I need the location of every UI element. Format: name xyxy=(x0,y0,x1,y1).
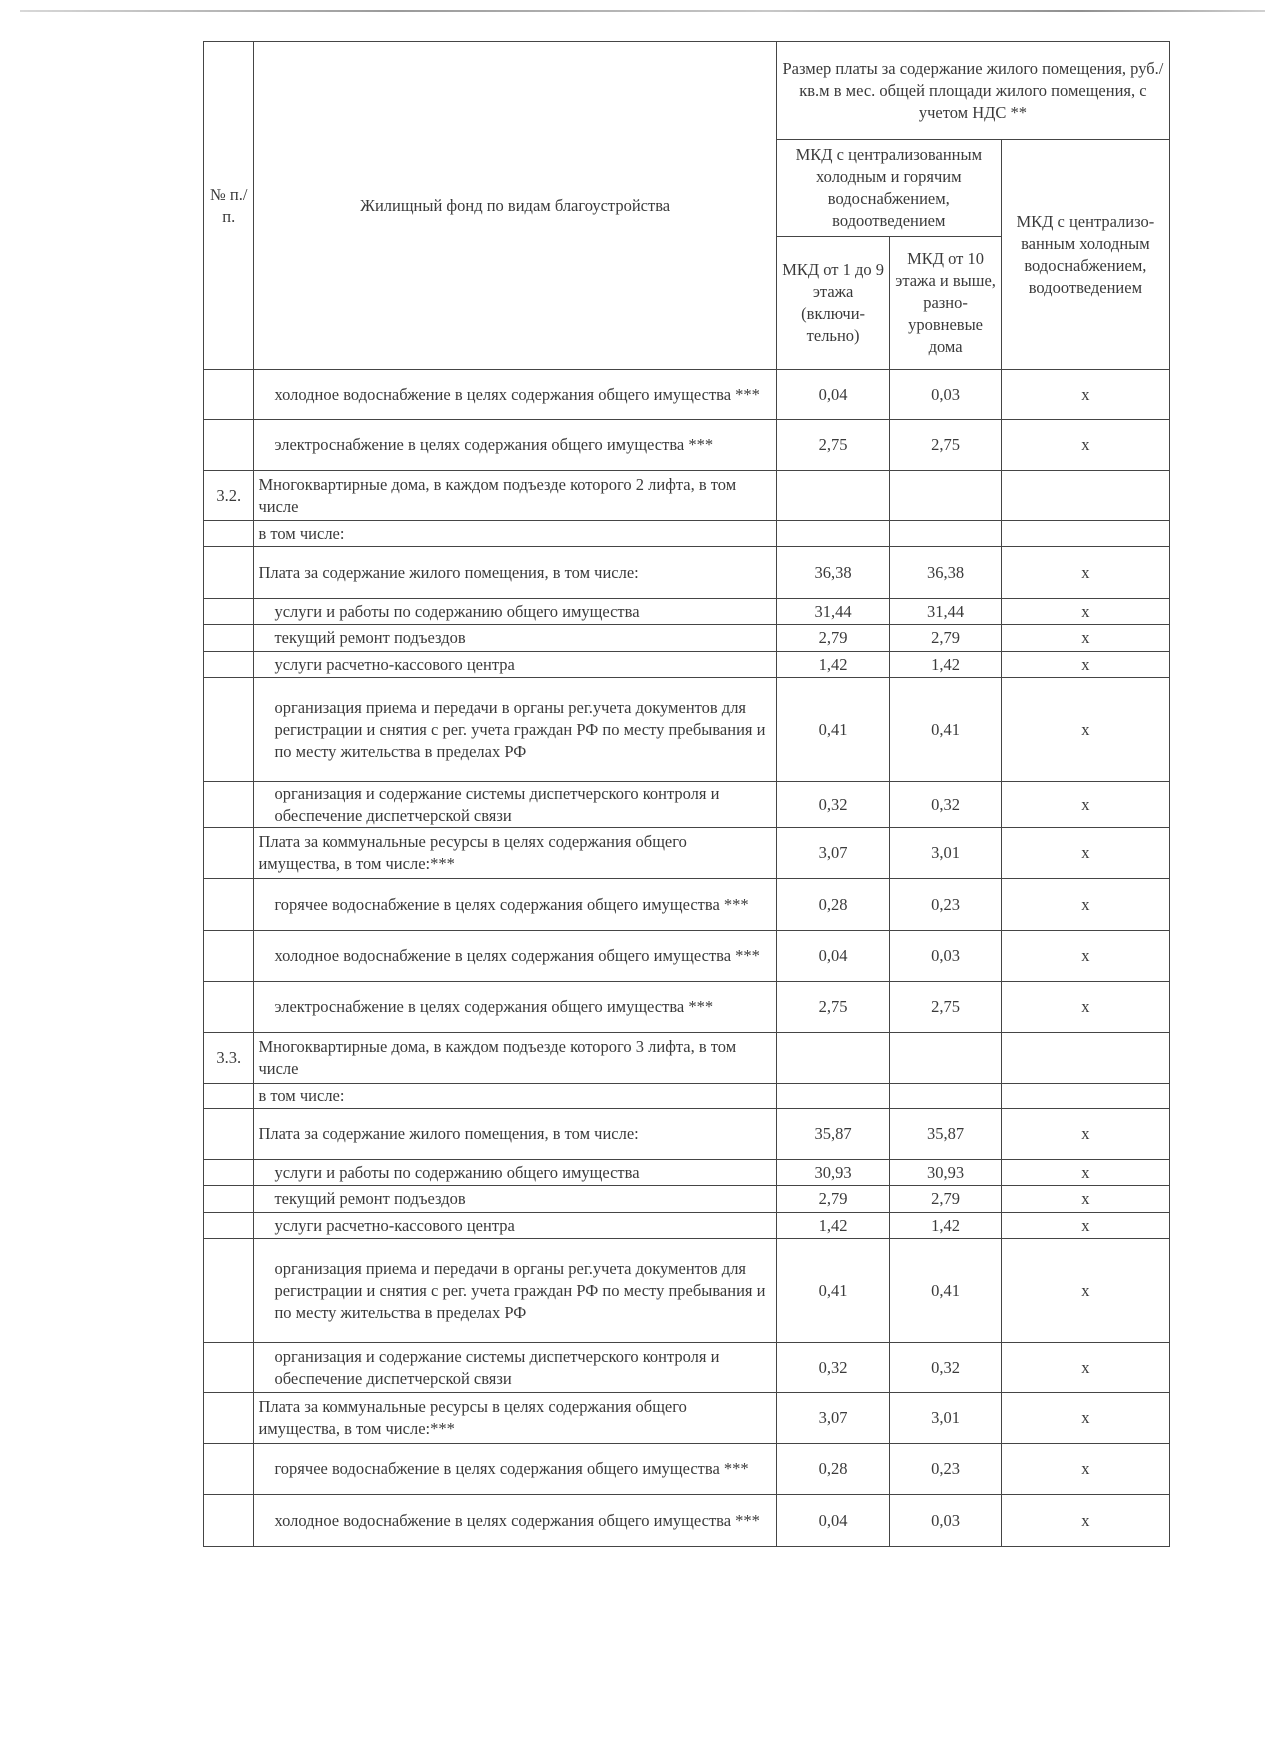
value-1-9-floors: 30,93 xyxy=(776,1160,890,1186)
value-cold-only: х xyxy=(1001,1160,1169,1186)
row-name: услуги и работы по содержанию общего иму… xyxy=(254,599,776,625)
value-10-plus-floors: 1,42 xyxy=(890,1213,1001,1239)
row-number xyxy=(204,521,254,547)
row-number xyxy=(204,370,254,420)
value-10-plus-floors: 2,79 xyxy=(890,1186,1001,1213)
value-1-9-floors: 0,41 xyxy=(776,678,890,782)
value-10-plus-floors: 1,42 xyxy=(890,652,1001,678)
value-1-9-floors: 0,28 xyxy=(776,1444,890,1495)
value-10-plus-floors: 0,32 xyxy=(890,1343,1001,1393)
row-number xyxy=(204,982,254,1033)
value-cold-only: х xyxy=(1001,879,1169,931)
value-1-9-floors xyxy=(776,1084,890,1109)
header-col-1-9: МКД от 1 до 9 этажа (включи-тельно) xyxy=(776,237,890,370)
table-row: горячее водоснабжение в целях содержания… xyxy=(204,1444,1170,1495)
row-name: горячее водоснабжение в целях содержания… xyxy=(254,1444,776,1495)
row-number xyxy=(204,828,254,879)
row-number xyxy=(204,1444,254,1495)
value-1-9-floors xyxy=(776,1033,890,1084)
value-cold-only: х xyxy=(1001,678,1169,782)
value-cold-only: х xyxy=(1001,1186,1169,1213)
row-name: холодное водоснабжение в целях содержани… xyxy=(254,1495,776,1547)
header-name: Жилищный фонд по видам благоустройства xyxy=(254,42,776,370)
value-10-plus-floors xyxy=(890,1084,1001,1109)
value-1-9-floors: 2,79 xyxy=(776,625,890,652)
table-row: горячее водоснабжение в целях содержания… xyxy=(204,879,1170,931)
table-row: в том числе: xyxy=(204,521,1170,547)
value-cold-only: х xyxy=(1001,625,1169,652)
value-1-9-floors: 35,87 xyxy=(776,1109,890,1160)
row-number xyxy=(204,599,254,625)
row-name: Многоквартирные дома, в каждом подъезде … xyxy=(254,1033,776,1084)
value-10-plus-floors: 2,75 xyxy=(890,420,1001,471)
table-row: услуги и работы по содержанию общего иму… xyxy=(204,599,1170,625)
row-number xyxy=(204,1495,254,1547)
value-10-plus-floors: 3,01 xyxy=(890,1393,1001,1444)
value-10-plus-floors: 31,44 xyxy=(890,599,1001,625)
header-fee: Размер платы за содержание жилого помеще… xyxy=(776,42,1169,140)
row-number xyxy=(204,931,254,982)
row-number xyxy=(204,678,254,782)
value-1-9-floors: 1,42 xyxy=(776,652,890,678)
row-number xyxy=(204,420,254,471)
value-1-9-floors: 0,28 xyxy=(776,879,890,931)
table-header: № п./п. Жилищный фонд по видам благоустр… xyxy=(204,42,1170,370)
value-1-9-floors xyxy=(776,521,890,547)
row-number xyxy=(204,782,254,828)
value-cold-only: х xyxy=(1001,828,1169,879)
value-cold-only: х xyxy=(1001,547,1169,599)
table-row: услуги расчетно-кассового центра1,421,42… xyxy=(204,1213,1170,1239)
row-name: организация и содержание системы диспетч… xyxy=(254,782,776,828)
row-name: в том числе: xyxy=(254,1084,776,1109)
value-10-plus-floors: 2,75 xyxy=(890,982,1001,1033)
value-cold-only xyxy=(1001,471,1169,521)
value-10-plus-floors: 35,87 xyxy=(890,1109,1001,1160)
row-name: Плата за коммунальные ресурсы в целях со… xyxy=(254,1393,776,1444)
row-name: Плата за коммунальные ресурсы в целях со… xyxy=(254,828,776,879)
row-name: электроснабжение в целях содержания обще… xyxy=(254,420,776,471)
value-10-plus-floors xyxy=(890,1033,1001,1084)
value-cold-only: х xyxy=(1001,1239,1169,1343)
value-cold-only: х xyxy=(1001,1495,1169,1547)
table-row: организация приема и передачи в органы р… xyxy=(204,678,1170,782)
row-number xyxy=(204,1160,254,1186)
row-number xyxy=(204,1343,254,1393)
value-cold-only: х xyxy=(1001,982,1169,1033)
row-number xyxy=(204,1213,254,1239)
value-10-plus-floors: 0,03 xyxy=(890,1495,1001,1547)
value-1-9-floors: 3,07 xyxy=(776,1393,890,1444)
header-group-hot-cold: МКД с централизованным холодным и горячи… xyxy=(776,140,1001,237)
value-10-plus-floors: 0,41 xyxy=(890,1239,1001,1343)
row-number xyxy=(204,1186,254,1213)
header-num: № п./п. xyxy=(204,42,254,370)
row-name: в том числе: xyxy=(254,521,776,547)
value-cold-only: х xyxy=(1001,1213,1169,1239)
row-name: организация приема и передачи в органы р… xyxy=(254,678,776,782)
row-name: текущий ремонт подъездов xyxy=(254,625,776,652)
row-number xyxy=(204,1239,254,1343)
value-10-plus-floors xyxy=(890,521,1001,547)
value-cold-only: х xyxy=(1001,599,1169,625)
row-number xyxy=(204,625,254,652)
row-name: холодное водоснабжение в целях содержани… xyxy=(254,931,776,982)
value-10-plus-floors: 0,23 xyxy=(890,879,1001,931)
table-body: холодное водоснабжение в целях содержани… xyxy=(204,370,1170,1547)
table-row: Плата за коммунальные ресурсы в целях со… xyxy=(204,1393,1170,1444)
header-col-10-plus: МКД от 10 этажа и выше, разно-уровневые … xyxy=(890,237,1001,370)
table-row: Плата за коммунальные ресурсы в целях со… xyxy=(204,828,1170,879)
value-cold-only: х xyxy=(1001,1444,1169,1495)
row-name: услуги и работы по содержанию общего иму… xyxy=(254,1160,776,1186)
table-row: 3.3.Многоквартирные дома, в каждом подъе… xyxy=(204,1033,1170,1084)
value-1-9-floors: 0,41 xyxy=(776,1239,890,1343)
row-number xyxy=(204,1109,254,1160)
table-row: холодное водоснабжение в целях содержани… xyxy=(204,370,1170,420)
value-1-9-floors: 0,04 xyxy=(776,1495,890,1547)
value-1-9-floors: 1,42 xyxy=(776,1213,890,1239)
table-row: текущий ремонт подъездов2,792,79х xyxy=(204,625,1170,652)
value-10-plus-floors xyxy=(890,471,1001,521)
table-row: услуги и работы по содержанию общего иму… xyxy=(204,1160,1170,1186)
value-1-9-floors xyxy=(776,471,890,521)
value-cold-only: х xyxy=(1001,1109,1169,1160)
row-name: услуги расчетно-кассового центра xyxy=(254,652,776,678)
value-10-plus-floors: 3,01 xyxy=(890,828,1001,879)
value-cold-only xyxy=(1001,1033,1169,1084)
value-1-9-floors: 2,75 xyxy=(776,420,890,471)
value-cold-only xyxy=(1001,1084,1169,1109)
value-10-plus-floors: 2,79 xyxy=(890,625,1001,652)
value-10-plus-floors: 36,38 xyxy=(890,547,1001,599)
tariff-table: № п./п. Жилищный фонд по видам благоустр… xyxy=(203,41,1170,1547)
row-number xyxy=(204,1084,254,1109)
table-row: холодное водоснабжение в целях содержани… xyxy=(204,1495,1170,1547)
value-10-plus-floors: 0,03 xyxy=(890,370,1001,420)
row-number: 3.2. xyxy=(204,471,254,521)
row-name: текущий ремонт подъездов xyxy=(254,1186,776,1213)
value-1-9-floors: 31,44 xyxy=(776,599,890,625)
value-10-plus-floors: 0,23 xyxy=(890,1444,1001,1495)
row-name: Многоквартирные дома, в каждом подъезде … xyxy=(254,471,776,521)
row-number xyxy=(204,652,254,678)
row-number xyxy=(204,1393,254,1444)
value-cold-only: х xyxy=(1001,652,1169,678)
table-row: Плата за содержание жилого помещения, в … xyxy=(204,547,1170,599)
table-row: услуги расчетно-кассового центра1,421,42… xyxy=(204,652,1170,678)
table-row: текущий ремонт подъездов2,792,79х xyxy=(204,1186,1170,1213)
value-10-plus-floors: 0,32 xyxy=(890,782,1001,828)
row-number xyxy=(204,879,254,931)
value-1-9-floors: 3,07 xyxy=(776,828,890,879)
value-1-9-floors: 36,38 xyxy=(776,547,890,599)
value-1-9-floors: 0,04 xyxy=(776,931,890,982)
value-1-9-floors: 0,32 xyxy=(776,1343,890,1393)
row-number: 3.3. xyxy=(204,1033,254,1084)
header-col-cold-only: МКД с централизо-ванным холодным водосна… xyxy=(1001,140,1169,370)
value-10-plus-floors: 30,93 xyxy=(890,1160,1001,1186)
table-row: организация приема и передачи в органы р… xyxy=(204,1239,1170,1343)
value-cold-only xyxy=(1001,521,1169,547)
row-number xyxy=(204,547,254,599)
value-cold-only: х xyxy=(1001,931,1169,982)
row-name: организация приема и передачи в органы р… xyxy=(254,1239,776,1343)
row-name: холодное водоснабжение в целях содержани… xyxy=(254,370,776,420)
value-1-9-floors: 2,75 xyxy=(776,982,890,1033)
table-row: 3.2.Многоквартирные дома, в каждом подъе… xyxy=(204,471,1170,521)
row-name: Плата за содержание жилого помещения, в … xyxy=(254,1109,776,1160)
row-name: горячее водоснабжение в целях содержания… xyxy=(254,879,776,931)
table-row: холодное водоснабжение в целях содержани… xyxy=(204,931,1170,982)
row-name: Плата за содержание жилого помещения, в … xyxy=(254,547,776,599)
scan-edge-line xyxy=(20,10,1265,12)
value-1-9-floors: 0,32 xyxy=(776,782,890,828)
value-10-plus-floors: 0,03 xyxy=(890,931,1001,982)
table-row: в том числе: xyxy=(204,1084,1170,1109)
table-row: электроснабжение в целях содержания обще… xyxy=(204,982,1170,1033)
row-name: электроснабжение в целях содержания обще… xyxy=(254,982,776,1033)
table-row: электроснабжение в целях содержания обще… xyxy=(204,420,1170,471)
value-cold-only: х xyxy=(1001,420,1169,471)
table-row: организация и содержание системы диспетч… xyxy=(204,1343,1170,1393)
value-10-plus-floors: 0,41 xyxy=(890,678,1001,782)
table-row: Плата за содержание жилого помещения, в … xyxy=(204,1109,1170,1160)
value-cold-only: х xyxy=(1001,1343,1169,1393)
value-cold-only: х xyxy=(1001,1393,1169,1444)
value-cold-only: х xyxy=(1001,370,1169,420)
value-1-9-floors: 0,04 xyxy=(776,370,890,420)
value-1-9-floors: 2,79 xyxy=(776,1186,890,1213)
row-name: услуги расчетно-кассового центра xyxy=(254,1213,776,1239)
row-name: организация и содержание системы диспетч… xyxy=(254,1343,776,1393)
table-row: организация и содержание системы диспетч… xyxy=(204,782,1170,828)
value-cold-only: х xyxy=(1001,782,1169,828)
